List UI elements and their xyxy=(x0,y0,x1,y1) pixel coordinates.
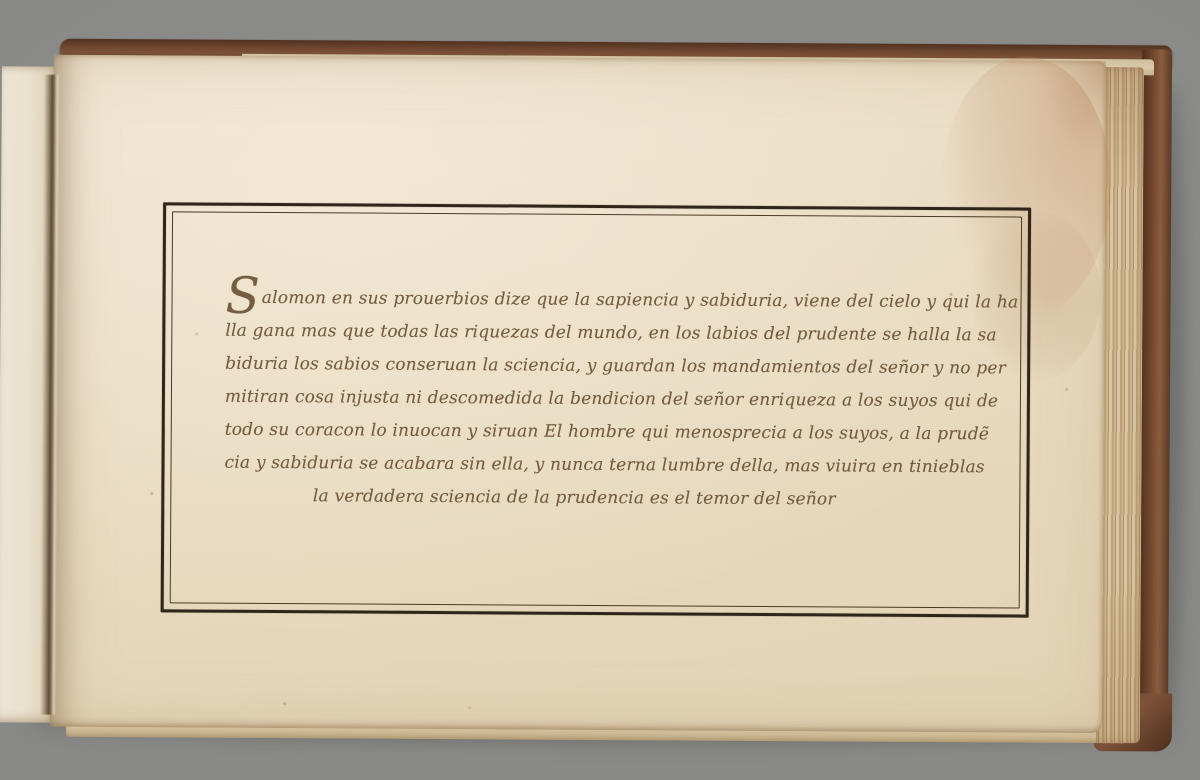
manuscript-line: todo su coracon lo inuocan y siruan El h… xyxy=(225,414,925,451)
manuscript-book: Salomon en sus prouerbios dize que la sa… xyxy=(0,0,1200,780)
manuscript-line: mitiran cosa injusta ni descomedida la b… xyxy=(225,381,925,418)
manuscript-line: biduria los sabios conseruan la sciencia… xyxy=(225,348,925,385)
manuscript-line: lla gana mas que todas las riquezas del … xyxy=(225,315,925,352)
corner-stain xyxy=(1035,61,1106,151)
manuscript-line: la verdadera sciencia de la prudencia es… xyxy=(224,480,924,517)
photo-backdrop: Salomon en sus prouerbios dize que la sa… xyxy=(0,0,1200,780)
manuscript-line: cia y sabiduria se acabara sin ella, y n… xyxy=(224,447,924,484)
ruled-border-outer: Salomon en sus prouerbios dize que la sa… xyxy=(161,202,1031,617)
calligraphy-text-block: Salomon en sus prouerbios dize que la sa… xyxy=(224,282,925,517)
foxing-spots xyxy=(54,55,57,58)
manuscript-line: Salomon en sus prouerbios dize que la sa… xyxy=(225,282,925,319)
manuscript-line-text: alomon en sus prouerbios dize que la sap… xyxy=(262,288,1019,313)
